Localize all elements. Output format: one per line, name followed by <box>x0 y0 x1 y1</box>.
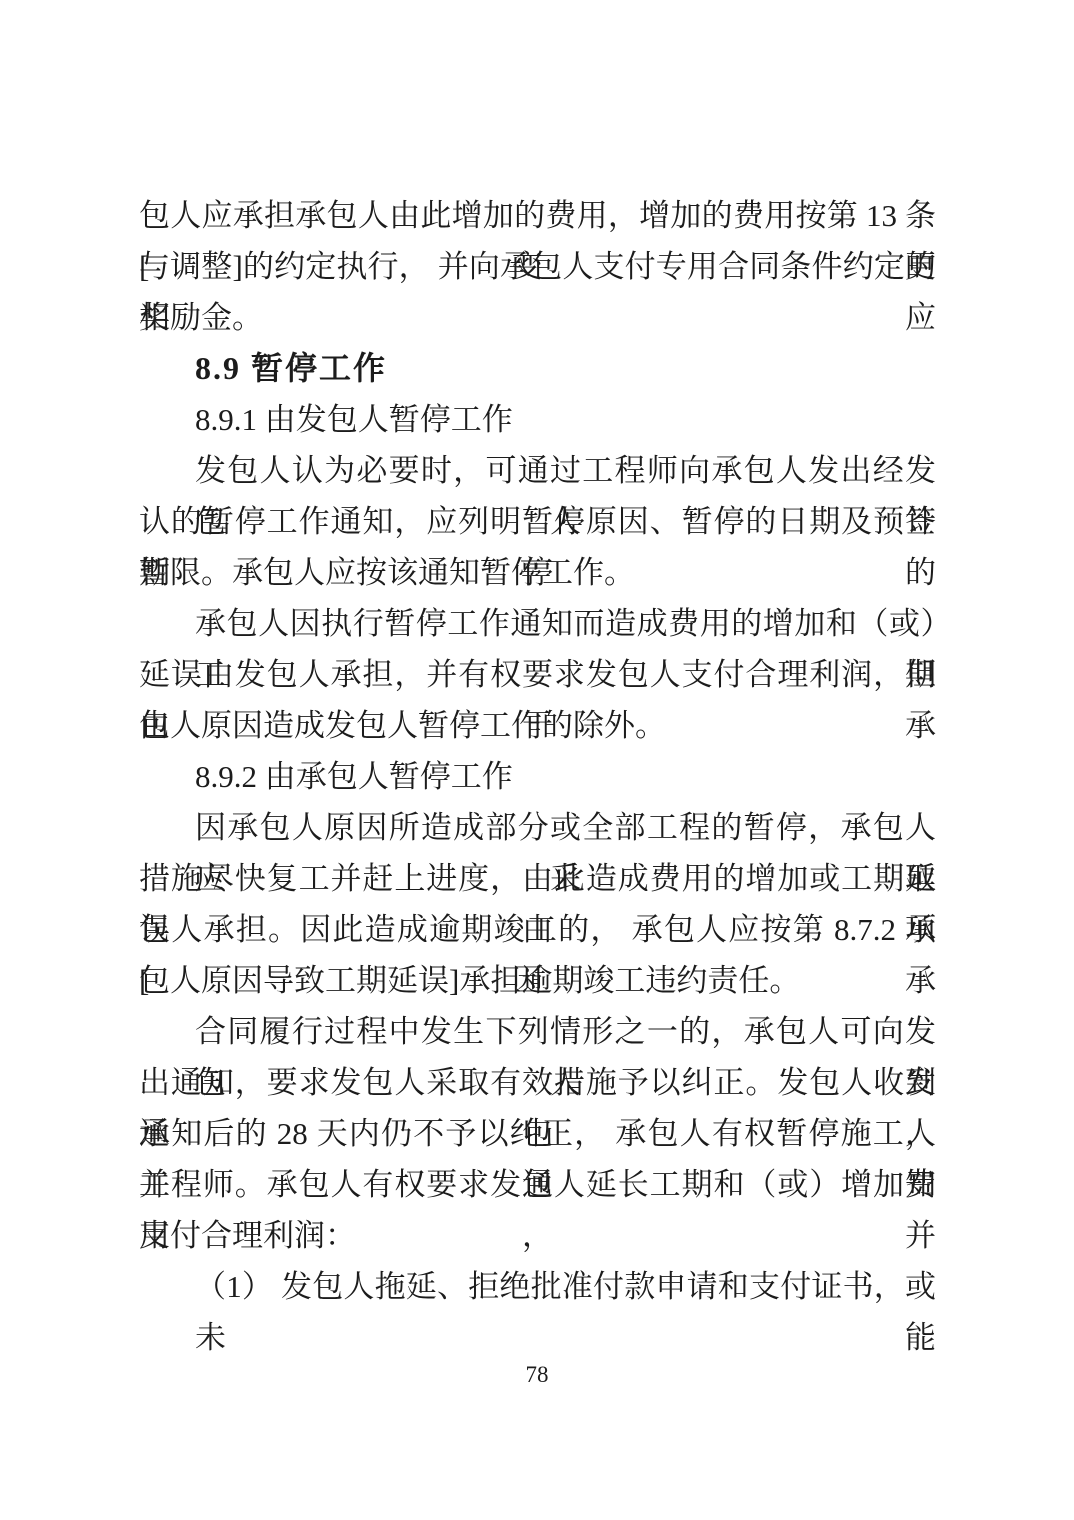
subheading-8-9-2: 8.9.2 由承包人暂停工作 <box>139 751 936 802</box>
text-line: 合同履行过程中发生下列情形之一的，承包人可向发包人发 <box>139 1006 936 1057</box>
text-line: 发包人认为必要时，可通过工程师向承包人发出经发包人签 <box>139 445 936 496</box>
text-line: （1） 发包人拖延、拒绝批准付款申请和支付证书，或未能 <box>139 1261 936 1312</box>
text-line: 8.9.2 由承包人暂停工作 <box>139 751 936 802</box>
page-footer: 78 <box>0 1360 1074 1390</box>
document-body: 包人应承担承包人由此增加的费用，增加的费用按第 13 条[变更与调整]的约定执行… <box>139 190 936 1312</box>
paragraph-employer-suspension-notice: 发包人认为必要时，可通过工程师向承包人发出经发包人签认的暂停工作通知，应列明暂停… <box>139 445 936 598</box>
text-line: 8.9 暂停工作 <box>139 343 936 394</box>
text-line: 认的暂停工作通知，应列明暂停原因、暂停的日期及预计暂停的 <box>139 496 936 547</box>
paragraph-contractor-suspension: 因承包人原因所造成部分或全部工程的暂停，承包人应采取措施尽快复工并赶上进度，由此… <box>139 802 936 1006</box>
subheading-8-9-1: 8.9.1 由发包人暂停工作 <box>139 394 936 445</box>
text-line: 与调整]的约定执行， 并向承包人支付专用合同条件约定的相应 <box>139 241 936 292</box>
page-number: 78 <box>526 1360 549 1390</box>
text-line: 包人应承担承包人由此增加的费用，增加的费用按第 13 条[变更 <box>139 190 936 241</box>
text-line: 措施尽快复工并赶上进度，由此造成费用的增加或工期延误由承 <box>139 853 936 904</box>
text-line: 8.9.1 由发包人暂停工作 <box>139 394 936 445</box>
text-line: 包人承担。因此造成逾期竣工的， 承包人应按第 8.7.2 项[因承 <box>139 904 936 955</box>
text-line: 工程师。承包人有权要求发包人延长工期和（或）增加费用，并 <box>139 1159 936 1210</box>
list-item-1: （1） 发包人拖延、拒绝批准付款申请和支付证书，或未能 <box>139 1261 936 1312</box>
paragraph-contract-performance-situations: 合同履行过程中发生下列情形之一的，承包人可向发包人发出通知，要求发包人采取有效措… <box>139 1006 936 1261</box>
paragraph-employer-bears-cost: 承包人因执行暂停工作通知而造成费用的增加和（或）工期延误由发包人承担，并有权要求… <box>139 598 936 751</box>
text-line: 承包人因执行暂停工作通知而造成费用的增加和（或）工期 <box>139 598 936 649</box>
text-line: 延误由发包人承担，并有权要求发包人支付合理利润，但由于承 <box>139 649 936 700</box>
text-line: 通知后的 28 天内仍不予以纠正， 承包人有权暂停施工， 并通知 <box>139 1108 936 1159</box>
text-line: 因承包人原因所造成部分或全部工程的暂停，承包人应采取 <box>139 802 936 853</box>
heading-8-9-suspension-of-work: 8.9 暂停工作 <box>139 343 936 394</box>
paragraph-reward-continuation: 包人应承担承包人由此增加的费用，增加的费用按第 13 条[变更与调整]的约定执行… <box>139 190 936 343</box>
text-line: 出通知，要求发包人采取有效措施予以纠正。发包人收到承包人 <box>139 1057 936 1108</box>
document-page: 包人应承担承包人由此增加的费用，增加的费用按第 13 条[变更与调整]的约定执行… <box>0 0 1074 1520</box>
